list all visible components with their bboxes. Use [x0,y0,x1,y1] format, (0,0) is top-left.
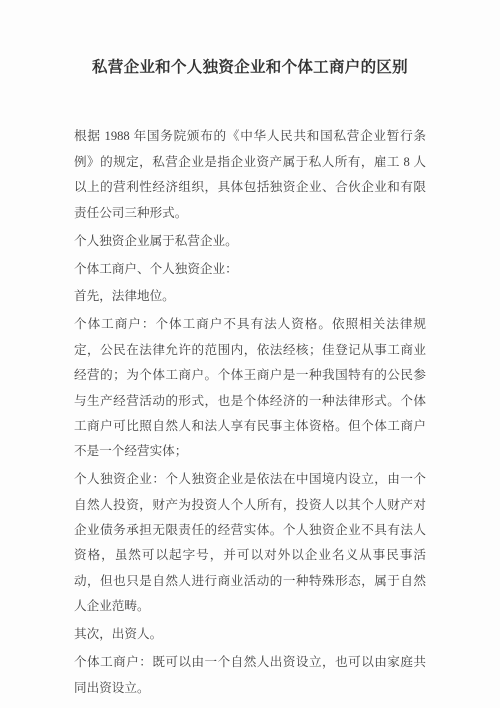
document-page: 私营企业和个人独资企业和个体工商户的区别 根据 1988 年国务院颁布的《中华人… [0,0,500,708]
paragraph-sole-proprietorship-legal-status: 个人独资企业：个人独资企业是依法在中国境内设立，由一个自然人投资，财产为投资人个… [74,467,426,619]
paragraph-intro-regulation: 根据 1988 年国务院颁布的《中华人民共和国私营企业暂行条例》的规定，私营企业… [74,124,426,226]
document-body: 根据 1988 年国务院颁布的《中华人民共和国私营企业暂行条例》的规定，私营企业… [74,124,426,700]
paragraph-sole-proprietorship-note: 个人独资企业属于私营企业。 [74,229,426,254]
paragraph-individual-business-legal-status: 个体工商户：个体工商户不具有法人资格。依照相关法律规定，公民在法律允许的范围内，… [74,312,426,464]
paragraph-legal-status-heading: 首先，法律地位。 [74,284,426,309]
paragraph-comparison-heading: 个体工商户、个人独资企业： [74,257,426,282]
paragraph-investor-heading: 其次，出资人。 [74,622,426,647]
document-title: 私营企业和个人独资企业和个体工商户的区别 [0,0,500,79]
paragraph-individual-business-investor: 个体工商户：既可以由一个自然人出资设立，也可以由家庭共同出资设立。 [74,650,426,701]
